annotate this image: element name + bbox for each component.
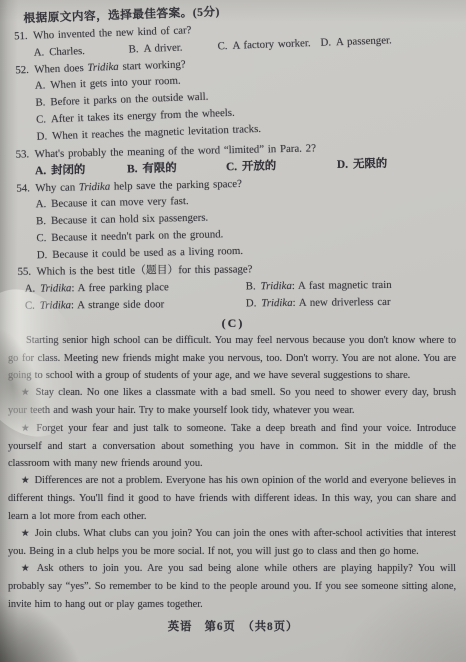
passage-paragraph: ★Forget your fear and just talk to someo… (8, 420, 456, 473)
option-c: C.A factory worker. (217, 35, 321, 55)
option-d: D.Tridika: A new driverless car (246, 296, 391, 310)
page-content: 根据原文内容，选择最佳答案。(5分) 51.Who invented the n… (0, 0, 466, 662)
passage-section-label: (C) (0, 315, 466, 332)
passage-paragraph: ★Differences are not a problem. Everyone… (8, 472, 456, 525)
bullet-star-icon: ★ (21, 476, 30, 486)
bullet-star-icon: ★ (21, 529, 30, 539)
question-52: 52.When does Tridika start working? A.Wh… (0, 46, 466, 146)
bullet-star-icon: ★ (21, 424, 31, 434)
question-54: 54.Why can Tridika help save the parking… (0, 170, 466, 264)
question-block-top: 根据原文内容，选择最佳答案。(5分) 51.Who invented the n… (0, 0, 466, 147)
option-c: C.Tridika: A strange side door (25, 295, 246, 314)
passage-paragraph: ★Join clubs. What clubs can you join? Yo… (8, 525, 456, 560)
option-d: D.A passenger. (320, 34, 392, 48)
question-number: 54. (16, 179, 35, 196)
bullet-star-icon: ★ (21, 564, 32, 574)
scanned-exam-page: 根据原文内容，选择最佳答案。(5分) 51.Who invented the n… (0, 0, 466, 662)
option-c: C.开放的 (226, 156, 337, 175)
passage-paragraph: ★Stay clean. No one likes a classmate wi… (8, 384, 456, 419)
question-number: 53. (16, 146, 35, 163)
option-b: B.Tridika: A fast magnetic train (246, 279, 392, 293)
page-footer: 英语 第6页 （共8页） (0, 618, 466, 634)
question-stem-text: Why can Tridika help save the parking sp… (35, 177, 242, 193)
option-d: D.无限的 (337, 157, 388, 170)
passage-paragraph: Starting senior high school can be diffi… (8, 332, 456, 385)
question-number: 52. (15, 61, 35, 78)
option-a: A.封闭的 (35, 161, 127, 180)
option-b: B.A driver. (128, 38, 218, 58)
question-number: 51. (14, 28, 34, 45)
bullet-star-icon: ★ (21, 388, 31, 398)
option-b: B.有限的 (127, 159, 226, 178)
question-block-middle: 53.What's probably the meaning of the wo… (0, 137, 466, 264)
passage-c: Starting senior high school can be diffi… (8, 332, 456, 613)
question-number: 55. (17, 264, 36, 281)
question-stem-text: Which is the best title（题目）for this pass… (36, 264, 252, 278)
question-55: 55.Which is the best title（题目）for this p… (0, 259, 466, 314)
question-block-55: 55.Which is the best title（题目）for this p… (0, 259, 466, 314)
question-55-options-row-2: C.Tridika: A strange side doorD.Tridika:… (25, 293, 466, 314)
passage-paragraph: ★Ask others to join you. Are you sad bei… (8, 560, 456, 613)
